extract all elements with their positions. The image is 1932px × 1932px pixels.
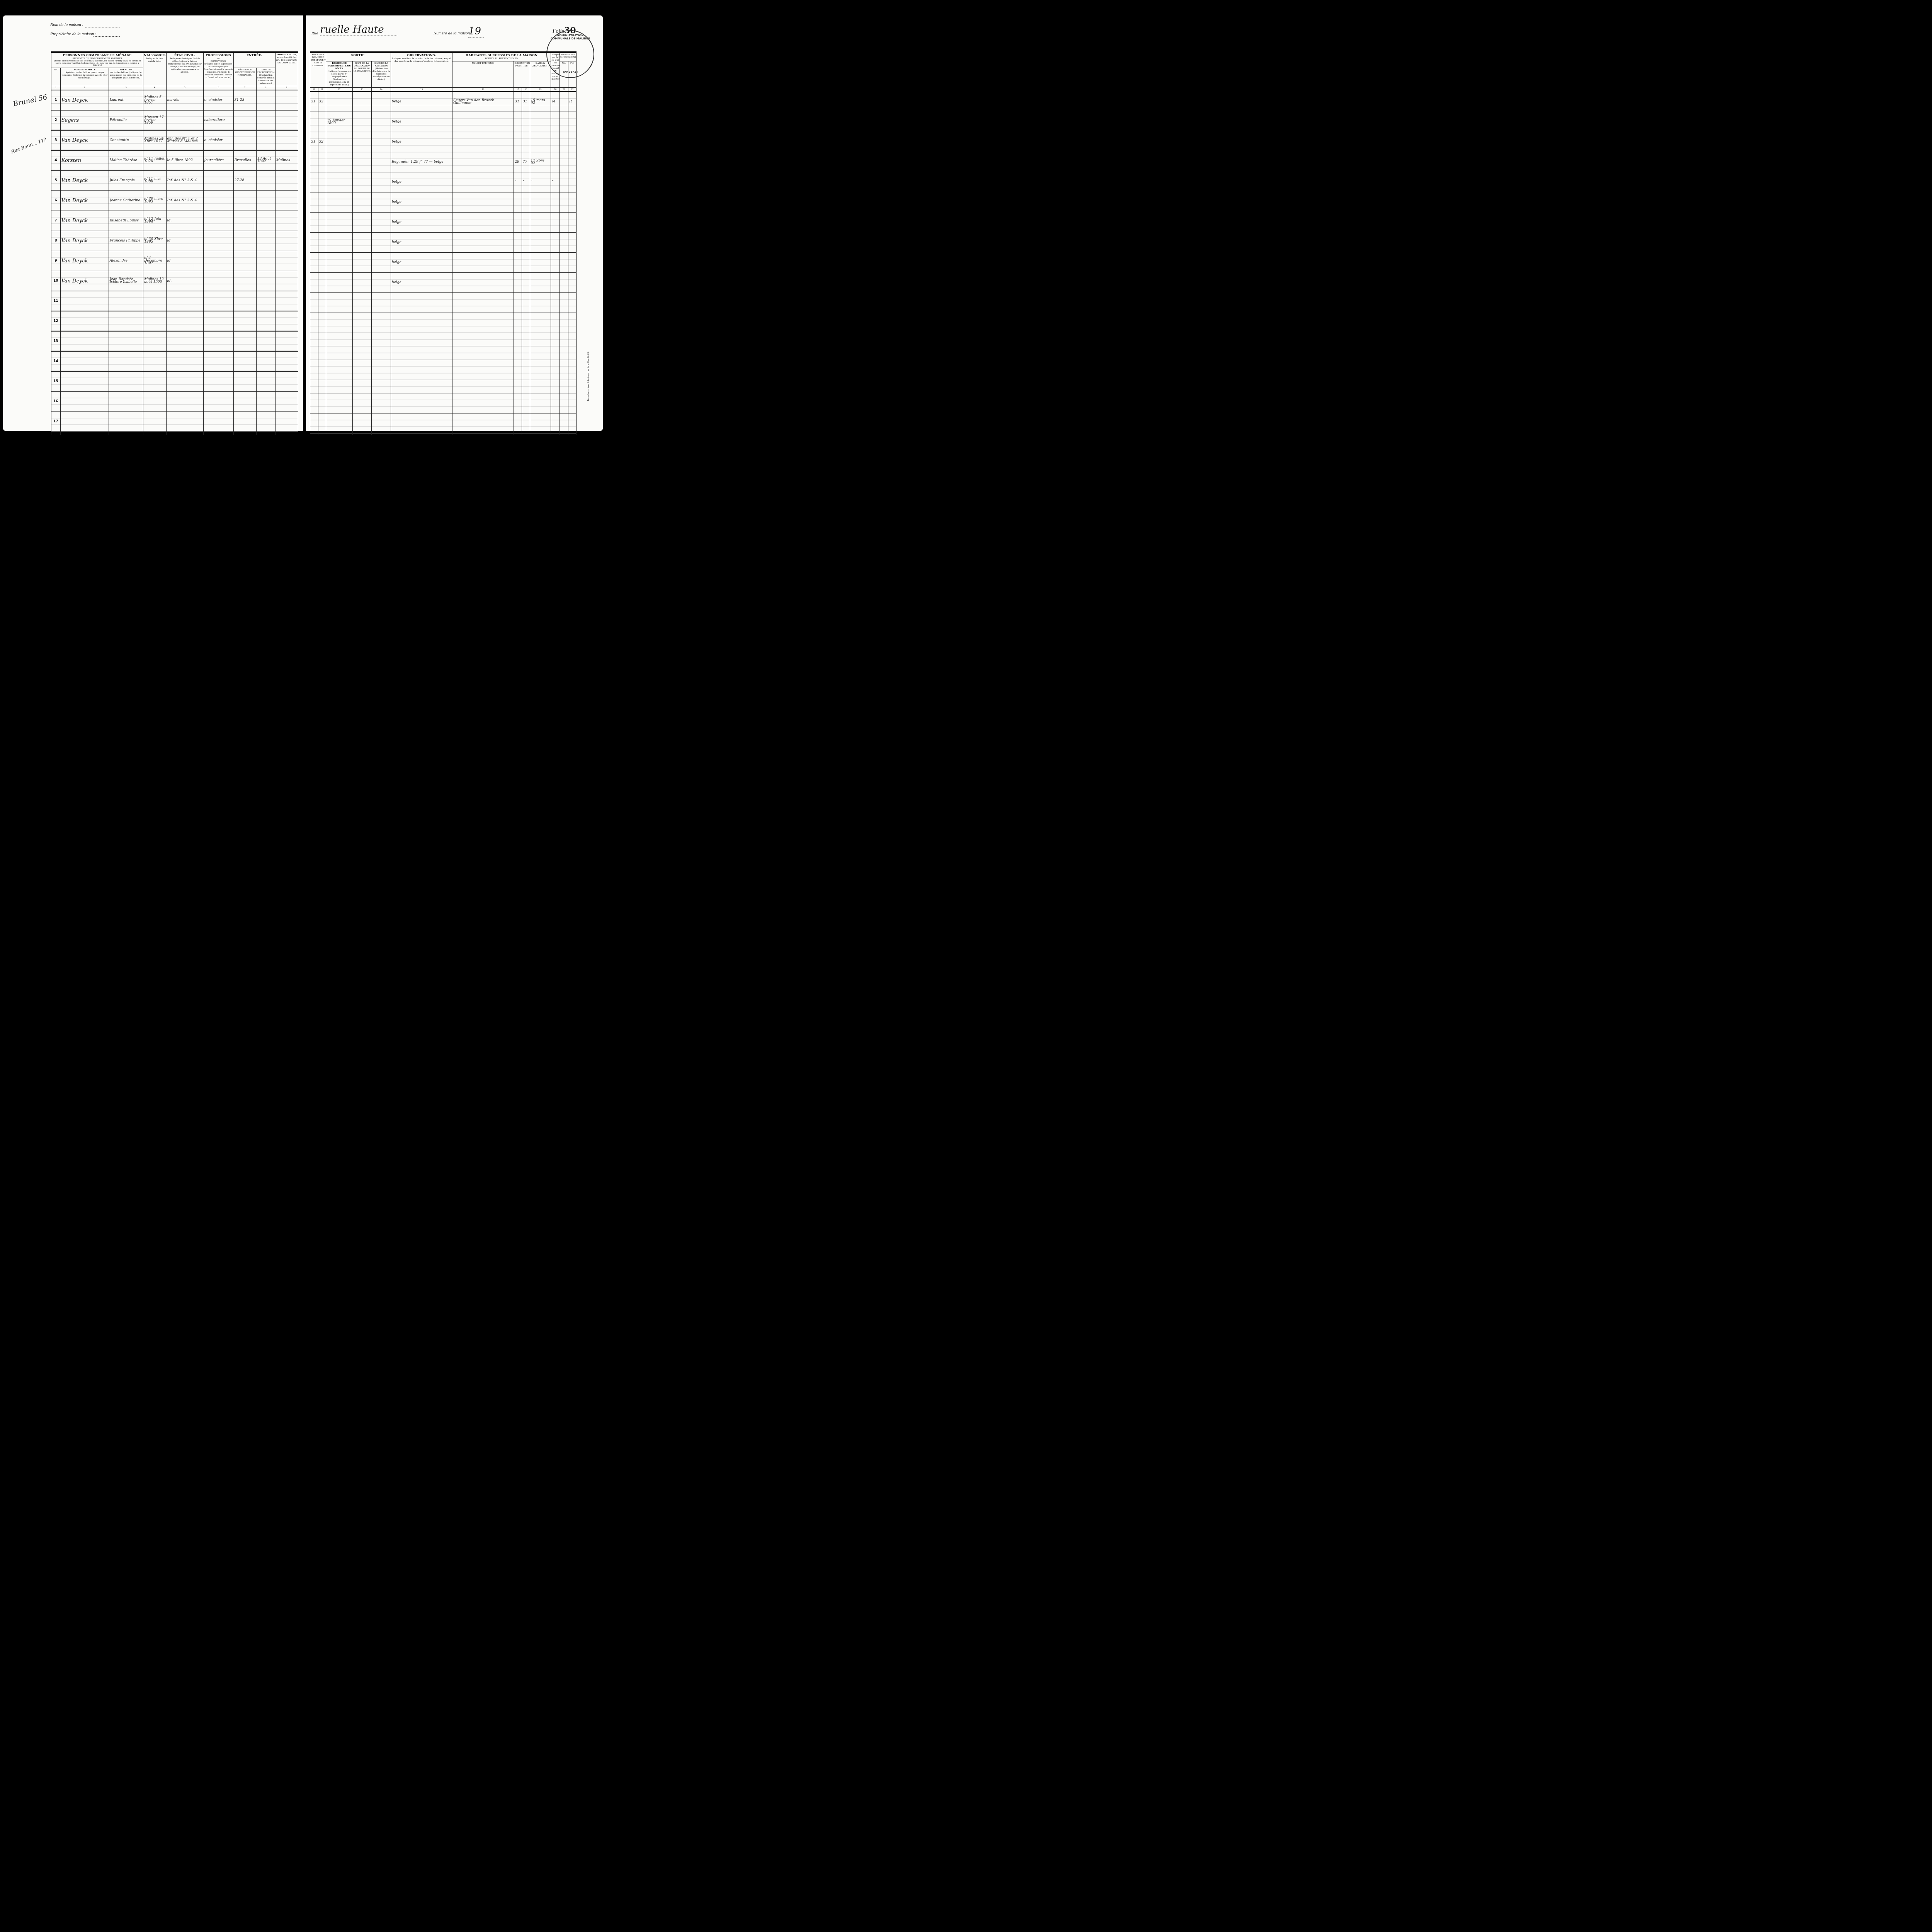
departure-row: belge [310, 233, 577, 253]
legal-domicile-cell: Malines [275, 150, 298, 170]
date-decl-cell [353, 413, 372, 434]
family-name-cell: Van Deyck [60, 90, 109, 111]
registration-date-cell [256, 291, 275, 311]
date-rad-cell [372, 152, 391, 172]
legal-domicile-cell [275, 211, 298, 231]
profession-cell: cabaretière [203, 110, 233, 130]
date-rad-cell [372, 434, 391, 435]
family-name-cell: Van Deyck [60, 190, 109, 211]
vol-cell [310, 333, 318, 353]
departure-row [310, 353, 577, 373]
ins-fol-cell [522, 273, 530, 293]
date-rad-cell [372, 313, 391, 333]
obs-cell [391, 373, 452, 393]
profession-cell [203, 170, 233, 190]
mut-vol-cell [560, 293, 568, 313]
household-row: 16 [51, 391, 298, 412]
civil-status-cell [166, 371, 203, 391]
birth-cell [143, 391, 166, 412]
registration-date-cell [256, 271, 275, 291]
family-name-cell [60, 371, 109, 391]
given-names-cell [109, 391, 143, 412]
given-names-cell [109, 432, 143, 435]
header-observations: OBSERVATIONS. Indiquer en citant le numé… [391, 52, 452, 88]
col-num: 5 [166, 86, 203, 90]
household-row: 2SegersPétronilleMuysen 17 février 1859c… [51, 110, 298, 130]
vol-cell [310, 172, 318, 192]
date-decl-cell [353, 313, 372, 333]
legal-domicile-cell [275, 412, 298, 432]
col-num: 15 [391, 88, 452, 92]
date-chg-cell [530, 434, 551, 435]
given-names-cell: Elisabeth Louise [109, 211, 143, 231]
date-chg-cell [530, 233, 551, 253]
previous-residence-cell [233, 110, 256, 130]
household-row: 13 [51, 331, 298, 351]
date-rad-cell [372, 213, 391, 233]
header-nom-prenoms: NOM ET PRÉNOMS. [452, 61, 514, 88]
family-name-cell: Van Deyck [60, 251, 109, 271]
header-etat-civil: ÉTAT CIVIL. Se dispenser de désigner l'é… [166, 52, 203, 86]
ins-vol-cell [514, 293, 522, 313]
profession-cell [203, 190, 233, 211]
habitant-cell [452, 172, 514, 192]
ins-fol-cell [522, 353, 530, 373]
mq-cell [551, 434, 560, 435]
ins-fol-cell [522, 233, 530, 253]
legal-domicile-cell [275, 170, 298, 190]
date-decl-cell [353, 373, 372, 393]
date-chg-cell [530, 253, 551, 273]
civil-status-cell: id. [166, 271, 203, 291]
given-names-cell: Jules François [109, 170, 143, 190]
mq-cell [551, 333, 560, 353]
header-prenoms: PRÉNOMS en toutes lettres (Indiquer le s… [109, 68, 143, 86]
mq-cell [551, 132, 560, 152]
date-rad-cell [372, 353, 391, 373]
birth-cell: Malines 24 Xbre 1877 [143, 130, 166, 150]
previous-residence-cell [233, 432, 256, 435]
row-number-cell: 3 [51, 130, 61, 150]
header-nom-famille: NOM DE FAMILLE répété en toutes lettres … [60, 68, 109, 86]
header-date-radiation: DATE DE LA RADIATION (déclaration d'entr… [372, 61, 391, 88]
previous-residence-cell [233, 391, 256, 412]
household-row: 12 [51, 311, 298, 331]
date-decl-cell [353, 192, 372, 213]
departure-row [310, 333, 577, 353]
col-num: 2 [60, 86, 109, 90]
obs-cell: belge [391, 273, 452, 293]
birth-cell: id 4 Décembre 1897 [143, 251, 166, 271]
legal-domicile-cell [275, 291, 298, 311]
departure-row: 3132belgeSegers-Van den Broeck Guillaume… [310, 92, 577, 112]
header-mutations: MUTATIONS SUBSÉQUENTES. [560, 52, 576, 61]
mq-cell [551, 112, 560, 132]
col-num: 10 [310, 88, 318, 92]
previous-residence-cell: Bruxelles [233, 150, 256, 170]
mut-fol-cell [568, 132, 577, 152]
ins-vol-cell [514, 333, 522, 353]
nom-maison-field [85, 27, 120, 27]
proprietaire-field [93, 36, 120, 37]
birth-cell: id 11 mai 1888 [143, 170, 166, 190]
header-date-inscription: DATE DE L'INSCRIPTION. (Déclaration d'en… [256, 68, 275, 86]
residence-cell [326, 152, 353, 172]
legal-domicile-cell [275, 271, 298, 291]
vol-cell [310, 233, 318, 253]
ins-vol-cell [514, 313, 522, 333]
mut-fol-cell [568, 152, 577, 172]
residence-cell [326, 92, 353, 112]
legal-domicile-cell [275, 391, 298, 412]
previous-residence-cell [233, 231, 256, 251]
previous-residence-cell [233, 251, 256, 271]
col-num: 9 [275, 86, 298, 90]
col-num: 21 [560, 88, 568, 92]
ins-vol-cell [514, 393, 522, 413]
habitant-cell [452, 132, 514, 152]
vol-cell [310, 413, 318, 434]
header-sortie: SORTIE. [326, 52, 391, 61]
mut-vol-cell [560, 92, 568, 112]
civil-status-cell: Inf. des N° 3 & 4 [166, 190, 203, 211]
date-chg-cell [530, 192, 551, 213]
date-chg-cell [530, 213, 551, 233]
col-num: 18 [522, 88, 530, 92]
row-number-cell: 11 [51, 291, 61, 311]
family-name-cell: Segers [60, 110, 109, 130]
family-name-cell [60, 432, 109, 435]
obs-cell: belge [391, 192, 452, 213]
date-chg-cell [530, 333, 551, 353]
date-decl-cell [353, 152, 372, 172]
fol-cell: 32 [318, 92, 326, 112]
row-number-cell: 13 [51, 331, 61, 351]
row-number-cell: 12 [51, 311, 61, 331]
header-indiquer-mq: Indiquer par M ou Q si les personnes res… [551, 52, 560, 88]
habitant-cell [452, 273, 514, 293]
fol-cell [318, 353, 326, 373]
registration-date-cell [256, 170, 275, 190]
row-number-cell: 9 [51, 251, 61, 271]
col-num: 17 [514, 88, 522, 92]
mq-cell [551, 413, 560, 434]
birth-cell [143, 331, 166, 351]
given-names-cell [109, 311, 143, 331]
date-decl-cell [353, 112, 372, 132]
household-table: PERSONNES COMPOSANT LE MÉNAGE PRÉSENTES … [51, 51, 298, 435]
registration-date-cell [256, 391, 275, 412]
ins-fol-cell [522, 132, 530, 152]
mut-fol-cell [568, 413, 577, 434]
vol-cell [310, 112, 318, 132]
obs-cell [391, 293, 452, 313]
residence-cell [326, 413, 353, 434]
fol-cell: 32 [318, 132, 326, 152]
fol-cell [318, 393, 326, 413]
row-number-cell: 1 [51, 90, 61, 111]
habitant-cell [452, 192, 514, 213]
ins-vol-cell [514, 112, 522, 132]
mq-cell: M [551, 92, 560, 112]
registration-date-cell [256, 432, 275, 435]
date-rad-cell [372, 333, 391, 353]
ins-vol-cell [514, 132, 522, 152]
registration-date-cell [256, 110, 275, 130]
mq-cell [551, 373, 560, 393]
mut-vol-cell [560, 313, 568, 333]
profession-cell [203, 371, 233, 391]
numero-value: 19 [468, 26, 484, 37]
date-decl-cell [353, 92, 372, 112]
previous-residence-cell [233, 331, 256, 351]
rue-value: ruelle Haute [320, 24, 397, 36]
household-row: 1Van DeyckLaurentMalines 5 février 1857m… [51, 90, 298, 111]
date-rad-cell [372, 413, 391, 434]
registration-date-cell [256, 311, 275, 331]
given-names-cell: Laurent [109, 90, 143, 111]
civil-status-cell [166, 412, 203, 432]
household-row: 3Van DeyckConstantinMalines 24 Xbre 1877… [51, 130, 298, 150]
fol-cell [318, 213, 326, 233]
habitant-cell [452, 152, 514, 172]
family-name-cell: Van Deyck [60, 231, 109, 251]
date-rad-cell [372, 373, 391, 393]
fol-cell [318, 253, 326, 273]
obs-cell: belge [391, 112, 452, 132]
mut-fol-cell [568, 233, 577, 253]
civil-status-cell: Inf. des N° 3 & 4 [166, 170, 203, 190]
fol-cell [318, 434, 326, 435]
habitant-cell [452, 313, 514, 333]
col-num: 16 [452, 88, 514, 92]
fol-cell [318, 373, 326, 393]
date-chg-cell: 15 mars 92 [530, 92, 551, 112]
registration-date-cell: 13 Août 1892 [256, 150, 275, 170]
obs-cell: belge [391, 92, 452, 112]
profession-cell [203, 271, 233, 291]
departure-row [310, 293, 577, 313]
registration-date-cell [256, 412, 275, 432]
departure-row [310, 434, 577, 435]
date-rad-cell [372, 233, 391, 253]
header-premiere-demeure: PREMIÈRE DEMEURE SUBSÉQUENTE dans la com… [310, 52, 326, 88]
mq-cell [551, 273, 560, 293]
residence-cell [326, 373, 353, 393]
habitant-cell [452, 112, 514, 132]
fol-cell [318, 313, 326, 333]
mut-vol-cell [560, 152, 568, 172]
departure-row: 19 Janvier 1899belge [310, 112, 577, 132]
obs-cell: belge [391, 213, 452, 233]
family-name-cell [60, 351, 109, 371]
mut-vol-cell [560, 434, 568, 435]
departure-row: belge [310, 192, 577, 213]
ins-vol-cell [514, 213, 522, 233]
given-names-cell: Constantin [109, 130, 143, 150]
mq-cell [551, 253, 560, 273]
obs-cell [391, 353, 452, 373]
fol-cell [318, 333, 326, 353]
fol-cell [318, 413, 326, 434]
previous-residence-cell [233, 412, 256, 432]
date-rad-cell [372, 132, 391, 152]
row-number-cell: 18 [51, 432, 61, 435]
residence-cell [326, 434, 353, 435]
mut-fol-cell [568, 112, 577, 132]
mut-vol-cell [560, 393, 568, 413]
col-num: 12 [326, 88, 353, 92]
col-num: 1 [51, 86, 61, 90]
previous-residence-cell: 31-28 [233, 90, 256, 111]
residence-cell [326, 132, 353, 152]
header-mut-vol: Vol. [560, 61, 568, 88]
col-num: 19 [530, 88, 551, 92]
mq-cell [551, 192, 560, 213]
date-decl-cell [353, 213, 372, 233]
ins-vol-cell [514, 233, 522, 253]
departure-row: belge"""" [310, 172, 577, 192]
family-name-cell [60, 311, 109, 331]
margin-note-rue: Rue Bonn... 11? [10, 137, 47, 155]
mut-fol-cell [568, 192, 577, 213]
obs-cell: belge [391, 253, 452, 273]
mut-fol-cell [568, 213, 577, 233]
row-number-cell: 6 [51, 190, 61, 211]
col-num: 8 [256, 86, 275, 90]
ins-vol-cell: 31 [514, 92, 522, 112]
previous-residence-cell [233, 311, 256, 331]
mut-vol-cell [560, 112, 568, 132]
profession-cell [203, 251, 233, 271]
fol-cell [318, 273, 326, 293]
legal-domicile-cell [275, 331, 298, 351]
header-naissance: NAISSANCE. Indiquer le lieu, puis la dat… [143, 52, 166, 86]
family-name-cell: Van Deyck [60, 130, 109, 150]
family-name-cell [60, 412, 109, 432]
mut-vol-cell [560, 233, 568, 253]
residence-cell [326, 192, 353, 213]
legal-domicile-cell [275, 130, 298, 150]
registration-date-cell [256, 371, 275, 391]
civil-status-cell [166, 391, 203, 412]
civil-status-cell: enf. des N° 1 et 2 Mariés à Malines [166, 130, 203, 150]
household-row: 14 [51, 351, 298, 371]
given-names-cell [109, 331, 143, 351]
legal-domicile-cell [275, 371, 298, 391]
birth-cell: id 12 Juin 1894 [143, 211, 166, 231]
obs-cell: belge [391, 233, 452, 253]
numero-label: Numéro de la maison : [434, 31, 472, 36]
date-chg-cell [530, 293, 551, 313]
departure-row [310, 413, 577, 434]
departure-row: 3132belge [310, 132, 577, 152]
habitant-cell: Segers-Van den Broeck Guillaume [452, 92, 514, 112]
mq-cell [551, 313, 560, 333]
registration-date-cell [256, 211, 275, 231]
registration-date-cell [256, 351, 275, 371]
habitant-cell [452, 293, 514, 313]
ins-fol-cell [522, 393, 530, 413]
residence-cell [326, 273, 353, 293]
previous-residence-cell [233, 130, 256, 150]
civil-status-cell: id [166, 251, 203, 271]
header-inscription-primitive: INSCRIPTION PRIMITIVE. [514, 61, 530, 88]
civil-status-cell: id [166, 231, 203, 251]
birth-cell: id 30 mars 1893 [143, 190, 166, 211]
obs-cell [391, 333, 452, 353]
ins-fol-cell [522, 253, 530, 273]
col-num: 4 [143, 86, 166, 90]
household-row: 18 [51, 432, 298, 435]
ins-fol-cell [522, 313, 530, 333]
mut-fol-cell [568, 393, 577, 413]
previous-residence-cell [233, 190, 256, 211]
residence-cell [326, 393, 353, 413]
habitant-cell [452, 233, 514, 253]
given-names-cell [109, 351, 143, 371]
mut-fol-cell [568, 373, 577, 393]
fol-cell [318, 152, 326, 172]
ins-fol-cell: " [522, 172, 530, 192]
row-number-cell: 4 [51, 150, 61, 170]
civil-status-cell: le 5 9bre 1892 [166, 150, 203, 170]
row-number-cell: 5 [51, 170, 61, 190]
civil-status-cell [166, 331, 203, 351]
departure-row: Rég. mén. 1.29 f° 77 — belge297717 9bre … [310, 152, 577, 172]
habitant-cell [452, 213, 514, 233]
ins-vol-cell [514, 253, 522, 273]
date-chg-cell [530, 373, 551, 393]
legal-domicile-cell [275, 110, 298, 130]
birth-cell [143, 311, 166, 331]
mut-fol-cell [568, 434, 577, 435]
registration-date-cell [256, 130, 275, 150]
profession-cell [203, 211, 233, 231]
fol-cell [318, 172, 326, 192]
vol-cell [310, 293, 318, 313]
habitant-cell [452, 353, 514, 373]
profession-cell [203, 391, 233, 412]
household-row: 9Van DeyckAlexandreid 4 Décembre 1897id [51, 251, 298, 271]
header-date-changement: DATE du CHANGEMENT. [530, 61, 551, 88]
col-num: 3 [109, 86, 143, 90]
date-rad-cell [372, 293, 391, 313]
vol-cell [310, 273, 318, 293]
col-num: 22 [568, 88, 577, 92]
previous-residence-cell [233, 211, 256, 231]
header-professions: PROFESSIONS ou CONDITIONS. (Désigner d'a… [203, 52, 233, 86]
row-number-cell: 8 [51, 231, 61, 251]
mut-fol-cell [568, 293, 577, 313]
departure-row: belge [310, 273, 577, 293]
header-domicile: DOMICILE LÉGAL, en conformité des art. 1… [275, 52, 298, 86]
household-row: 7Van DeyckElisabeth Louiseid 12 Juin 189… [51, 211, 298, 231]
mut-fol-cell [568, 313, 577, 333]
residence-cell [326, 253, 353, 273]
residence-cell [326, 333, 353, 353]
vol-cell [310, 373, 318, 393]
date-rad-cell [372, 92, 391, 112]
col-num: 14 [372, 88, 391, 92]
header-entree: ENTRÉE. [233, 52, 275, 68]
obs-cell [391, 313, 452, 333]
ins-fol-cell [522, 373, 530, 393]
given-names-cell: François Philippe [109, 231, 143, 251]
date-decl-cell [353, 393, 372, 413]
vol-cell [310, 393, 318, 413]
departure-row [310, 393, 577, 413]
